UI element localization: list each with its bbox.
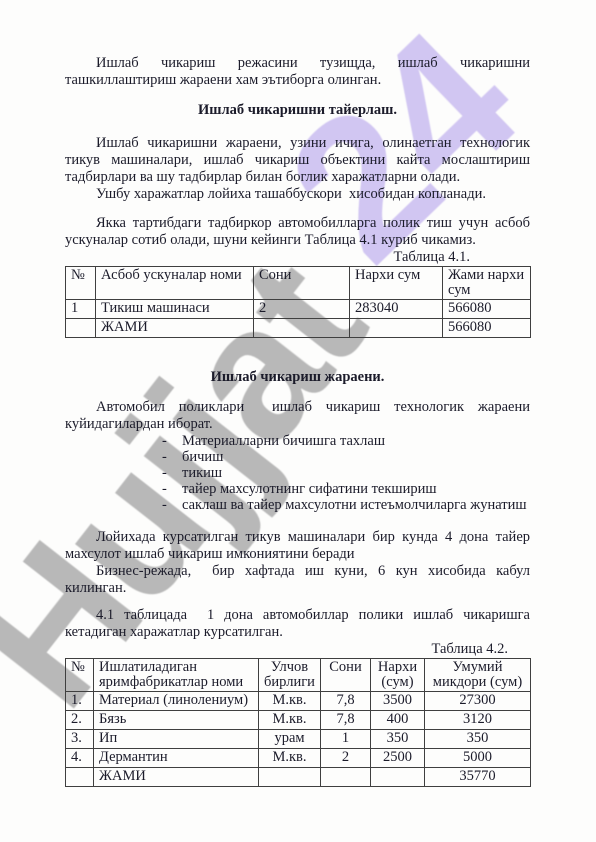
table-cell	[254, 319, 350, 338]
table-materials: № Ишлатиладиган яримфабрикатлар номи Улч…	[65, 658, 531, 787]
column-header: Сони	[321, 659, 371, 692]
paragraph-production-plan: Ишлаб чикариш режасини тузищда, ишлаб чи…	[65, 55, 530, 89]
list-item-text: тикиш	[182, 465, 222, 481]
table-cell: Дермантин	[94, 749, 259, 768]
table-cell: 1.	[66, 692, 94, 711]
list-item-text: тайер махсулотнинг сифатини текшириш	[182, 481, 437, 497]
table-cell: урам	[259, 730, 321, 749]
paragraph-process-description: Ишлаб чикаришни жараени, узини ичига, ол…	[65, 135, 530, 186]
table-total-row: ЖАМИ 35770	[66, 768, 531, 787]
list-dash-marker: -	[162, 465, 182, 481]
list-dash-marker: -	[162, 481, 182, 497]
table-cell: ЖАМИ	[96, 319, 254, 338]
list-dash-marker: -	[162, 433, 182, 449]
table-cell: М.кв.	[259, 749, 321, 768]
table-cell: 2	[254, 300, 350, 319]
table-cell: 5000	[425, 749, 531, 768]
table-cell: ЖАМИ	[94, 768, 259, 787]
table-row: 3. Ип урам 1 350 350	[66, 730, 531, 749]
column-header: Сони	[254, 267, 350, 300]
table-cell: 3500	[371, 692, 425, 711]
list-dash-marker: -	[162, 449, 182, 465]
table2-caption: Таблица 4.2.	[65, 641, 530, 658]
paragraph-cost-table-intro: 4.1 таблицада 1 дона автомобиллар полики…	[65, 607, 530, 641]
column-header: Асбоб ускуналар номи	[96, 267, 254, 300]
table-row: 1 Тикиш машинаси 2 283040 566080	[66, 300, 531, 319]
table-header-row: № Ишлатиладиган яримфабрикатлар номи Улч…	[66, 659, 531, 692]
column-header: Нархи сум	[350, 267, 443, 300]
table-cell: 2	[321, 749, 371, 768]
heading-production-preparation: Ишлаб чикаришни тайерлаш.	[65, 102, 530, 119]
table-cell: 2500	[371, 749, 425, 768]
table-cell: 3.	[66, 730, 94, 749]
column-header: Ишлатиладиган яримфабрикатлар номи	[94, 659, 259, 692]
list-dash-marker: -	[162, 497, 182, 513]
paragraph-business-plan-days: Бизнес-режада, бир хафтада иш куни, 6 ку…	[65, 563, 530, 597]
table-cell: 2.	[66, 711, 94, 730]
table-cell: М.кв.	[259, 692, 321, 711]
table-cell: 1	[66, 300, 96, 319]
list-item: - тикиш	[65, 465, 530, 481]
table-cell	[371, 768, 425, 787]
column-header: №	[66, 267, 96, 300]
table-cell	[259, 768, 321, 787]
table-cell: 566080	[443, 319, 531, 338]
table-cell: 350	[425, 730, 531, 749]
table-row: 1. Материал (линолениум) М.кв. 7,8 3500 …	[66, 692, 531, 711]
table-row: 2. Бязь М.кв. 7,8 400 3120	[66, 711, 531, 730]
paragraph-process-steps-intro: Автомобил поликлари ишлаб чикариш технол…	[65, 399, 530, 433]
table-cell	[66, 768, 94, 787]
table-total-row: ЖАМИ 566080	[66, 319, 531, 338]
table-cell: Ип	[94, 730, 259, 749]
table-cell: Тикиш машинаси	[96, 300, 254, 319]
document-content: Ишлаб чикариш режасини тузищда, ишлаб чи…	[0, 0, 596, 787]
list-item-text: Материалларни бичишга тахлаш	[182, 433, 385, 449]
table-cell: 1	[321, 730, 371, 749]
table-cell: Материал (линолениум)	[94, 692, 259, 711]
table-cell: 35770	[425, 768, 531, 787]
table-cell: 566080	[443, 300, 531, 319]
column-header: Умумий микдори (сум)	[425, 659, 531, 692]
table-header-row: № Асбоб ускуналар номи Сони Нархи сум Жа…	[66, 267, 531, 300]
list-item-text: бичиш	[182, 449, 223, 465]
list-item: - Материалларни бичишга тахлаш	[65, 433, 530, 449]
table-cell: 3120	[425, 711, 531, 730]
table-cell: Бязь	[94, 711, 259, 730]
column-header: Нархи (сум)	[371, 659, 425, 692]
table-cell	[66, 319, 96, 338]
heading-production-process: Ишлаб чикариш жараени.	[65, 369, 530, 386]
paragraph-equipment-purchase: Якка тартибдаги тадбиркор автомобилларга…	[65, 215, 530, 249]
column-header: №	[66, 659, 94, 692]
process-steps-list: - Материалларни бичишга тахлаш - бичиш -…	[65, 433, 530, 513]
column-header: Жами нархи сум	[443, 267, 531, 300]
list-item: - тайер махсулотнинг сифатини текшириш	[65, 481, 530, 497]
document-page: Hujjat 24 Ишлаб чикариш режасини тузищда…	[0, 0, 596, 842]
table-equipment: № Асбоб ускуналар номи Сони Нархи сум Жа…	[65, 266, 531, 338]
table-row: 4. Дермантин М.кв. 2 2500 5000	[66, 749, 531, 768]
column-header: Улчов бирлиги	[259, 659, 321, 692]
table-cell: 350	[371, 730, 425, 749]
table-cell: 4.	[66, 749, 94, 768]
table-cell: 27300	[425, 692, 531, 711]
list-item: - саклаш ва тайер махсулотни истеъмолчил…	[65, 497, 530, 513]
table-cell	[321, 768, 371, 787]
paragraph-expenses-covered: Ушбу харажатлар лойиха ташаббускори хисо…	[65, 186, 530, 203]
list-item: - бичиш	[65, 449, 530, 465]
list-item-text: саклаш ва тайер махсулотни истеъмолчилар…	[182, 497, 527, 513]
table-cell	[350, 319, 443, 338]
table-cell: 7,8	[321, 692, 371, 711]
table-cell: 283040	[350, 300, 443, 319]
table-cell: 400	[371, 711, 425, 730]
table-cell: М.кв.	[259, 711, 321, 730]
table1-caption: Таблица 4.1.	[65, 249, 530, 266]
paragraph-daily-output: Лойихада курсатилган тикув машиналари би…	[65, 529, 530, 563]
table-cell: 7,8	[321, 711, 371, 730]
